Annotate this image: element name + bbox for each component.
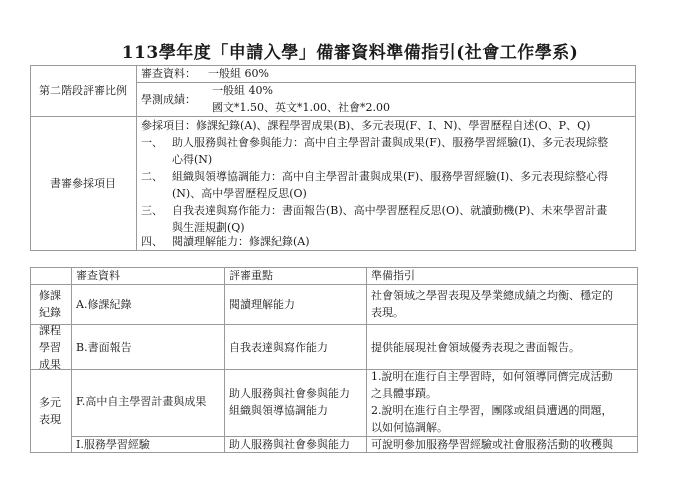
category-course-record-l1: 修課 (39, 287, 61, 304)
category-diverse-l2: 表現 (39, 411, 61, 428)
review-data-label: 審查資料： (141, 65, 196, 82)
item-2-line1: 組織與領導協調能力：高中自主學習計畫與成果(F)、服務學習經驗(I)、多元表現綜… (172, 168, 608, 185)
item-self-learning: F.高中自主學習計畫與成果 (76, 393, 206, 410)
header-review-data: 審查資料 (76, 267, 120, 284)
item-1-number: 一、 (141, 134, 163, 151)
table1-divider-subrow (136, 82, 636, 83)
category-learning-outcome-l3: 成果 (39, 356, 61, 373)
focus-reading: 閱讀理解能力 (229, 296, 295, 313)
guide-written-report: 提供能展現社會領域優秀表現之書面報告。 (371, 339, 580, 356)
table1-border-right (635, 65, 636, 251)
focus-leadership: 組織與領導協調能力 (229, 402, 328, 419)
review-items-label: 書審參採項目 (30, 116, 136, 250)
review-items-intro: 參採項目：修課紀錄(A)、課程學習成果(B)、多元表現(F、I、N)、學習歷程自… (141, 117, 590, 134)
table1-divider-col (136, 65, 137, 251)
table2-border-left (30, 267, 31, 453)
category-course-record-l2: 紀錄 (39, 304, 61, 321)
item-2-line2: (N)、高中學習歷程反思(O) (172, 185, 307, 202)
page-title: 113學年度「申請入學」備審資料準備指引(社會工作學系) (0, 38, 700, 63)
header-guide: 準備指引 (371, 267, 415, 284)
category-learning-outcome-l2: 學習 (39, 339, 61, 356)
exam-label: 學測成績： (141, 91, 196, 108)
focus-service-2: 助人服務與社會參與能力 (229, 436, 350, 453)
focus-writing: 自我表達與寫作能力 (229, 339, 328, 356)
item-4-line1: 閱讀理解能力：修課紀錄(A) (172, 233, 310, 250)
table2-row-divider (30, 324, 638, 325)
header-focus: 評審重點 (229, 267, 273, 284)
item-course-record: A.修課紀錄 (76, 296, 131, 313)
focus-service: 助人服務與社會參與能力 (229, 385, 350, 402)
guide-self-learning-l1: 1.說明在進行自主學習時，如何領導同儕完成活動 (371, 368, 613, 385)
table2-col-divider (71, 267, 72, 453)
item-1-line1: 助人服務與社會參與能力：高中自主學習計畫與成果(F)、服務學習經驗(I)、多元表… (172, 134, 608, 151)
exam-value-general: 一般組 40% (212, 82, 273, 99)
guide-self-learning-l2: 之具體事蹟。 (371, 385, 437, 402)
item-service-learning: I.服務學習經驗 (76, 436, 150, 453)
exam-value-weights: 國文*1.50、英文*1.00、社會*2.00 (212, 99, 390, 116)
item-1-line2: 心得(N) (172, 151, 212, 168)
table2-col-divider (366, 267, 367, 453)
category-diverse-l1: 多元 (39, 394, 61, 411)
ratio-label: 第二階段評審比例 (30, 65, 136, 116)
table2-header-divider (30, 284, 638, 285)
category-learning-outcome-l1: 課程 (39, 322, 61, 339)
item-3-line1: 自我表達與寫作能力：書面報告(B)、高中學習歷程反思(O)、就讀動機(P)、未來… (172, 202, 607, 219)
item-4-number: 四、 (141, 233, 163, 250)
item-written-report: B.書面報告 (76, 339, 132, 356)
table2-border-top (30, 267, 638, 268)
guide-course-record-l2: 表現。 (371, 304, 404, 321)
table1-border-bottom (30, 250, 636, 251)
guide-self-learning-l4: 以如何協調解。 (371, 419, 448, 436)
table2-border-right (637, 267, 638, 453)
table2-col-divider (224, 267, 225, 453)
review-data-value: 一般組 60% (208, 65, 269, 82)
guide-self-learning-l3: 2.說明在進行自主學習，團隊或組員遭遇的問題， (371, 402, 613, 419)
item-3-number: 三、 (141, 202, 163, 219)
item-2-number: 二、 (141, 168, 163, 185)
guide-service-learning: 可說明參加服務學習經驗或社會服務活動的收穫與 (371, 436, 613, 453)
guide-course-record-l1: 社會領域之學習表現及學業總成績之均衡、穩定的 (371, 287, 613, 304)
